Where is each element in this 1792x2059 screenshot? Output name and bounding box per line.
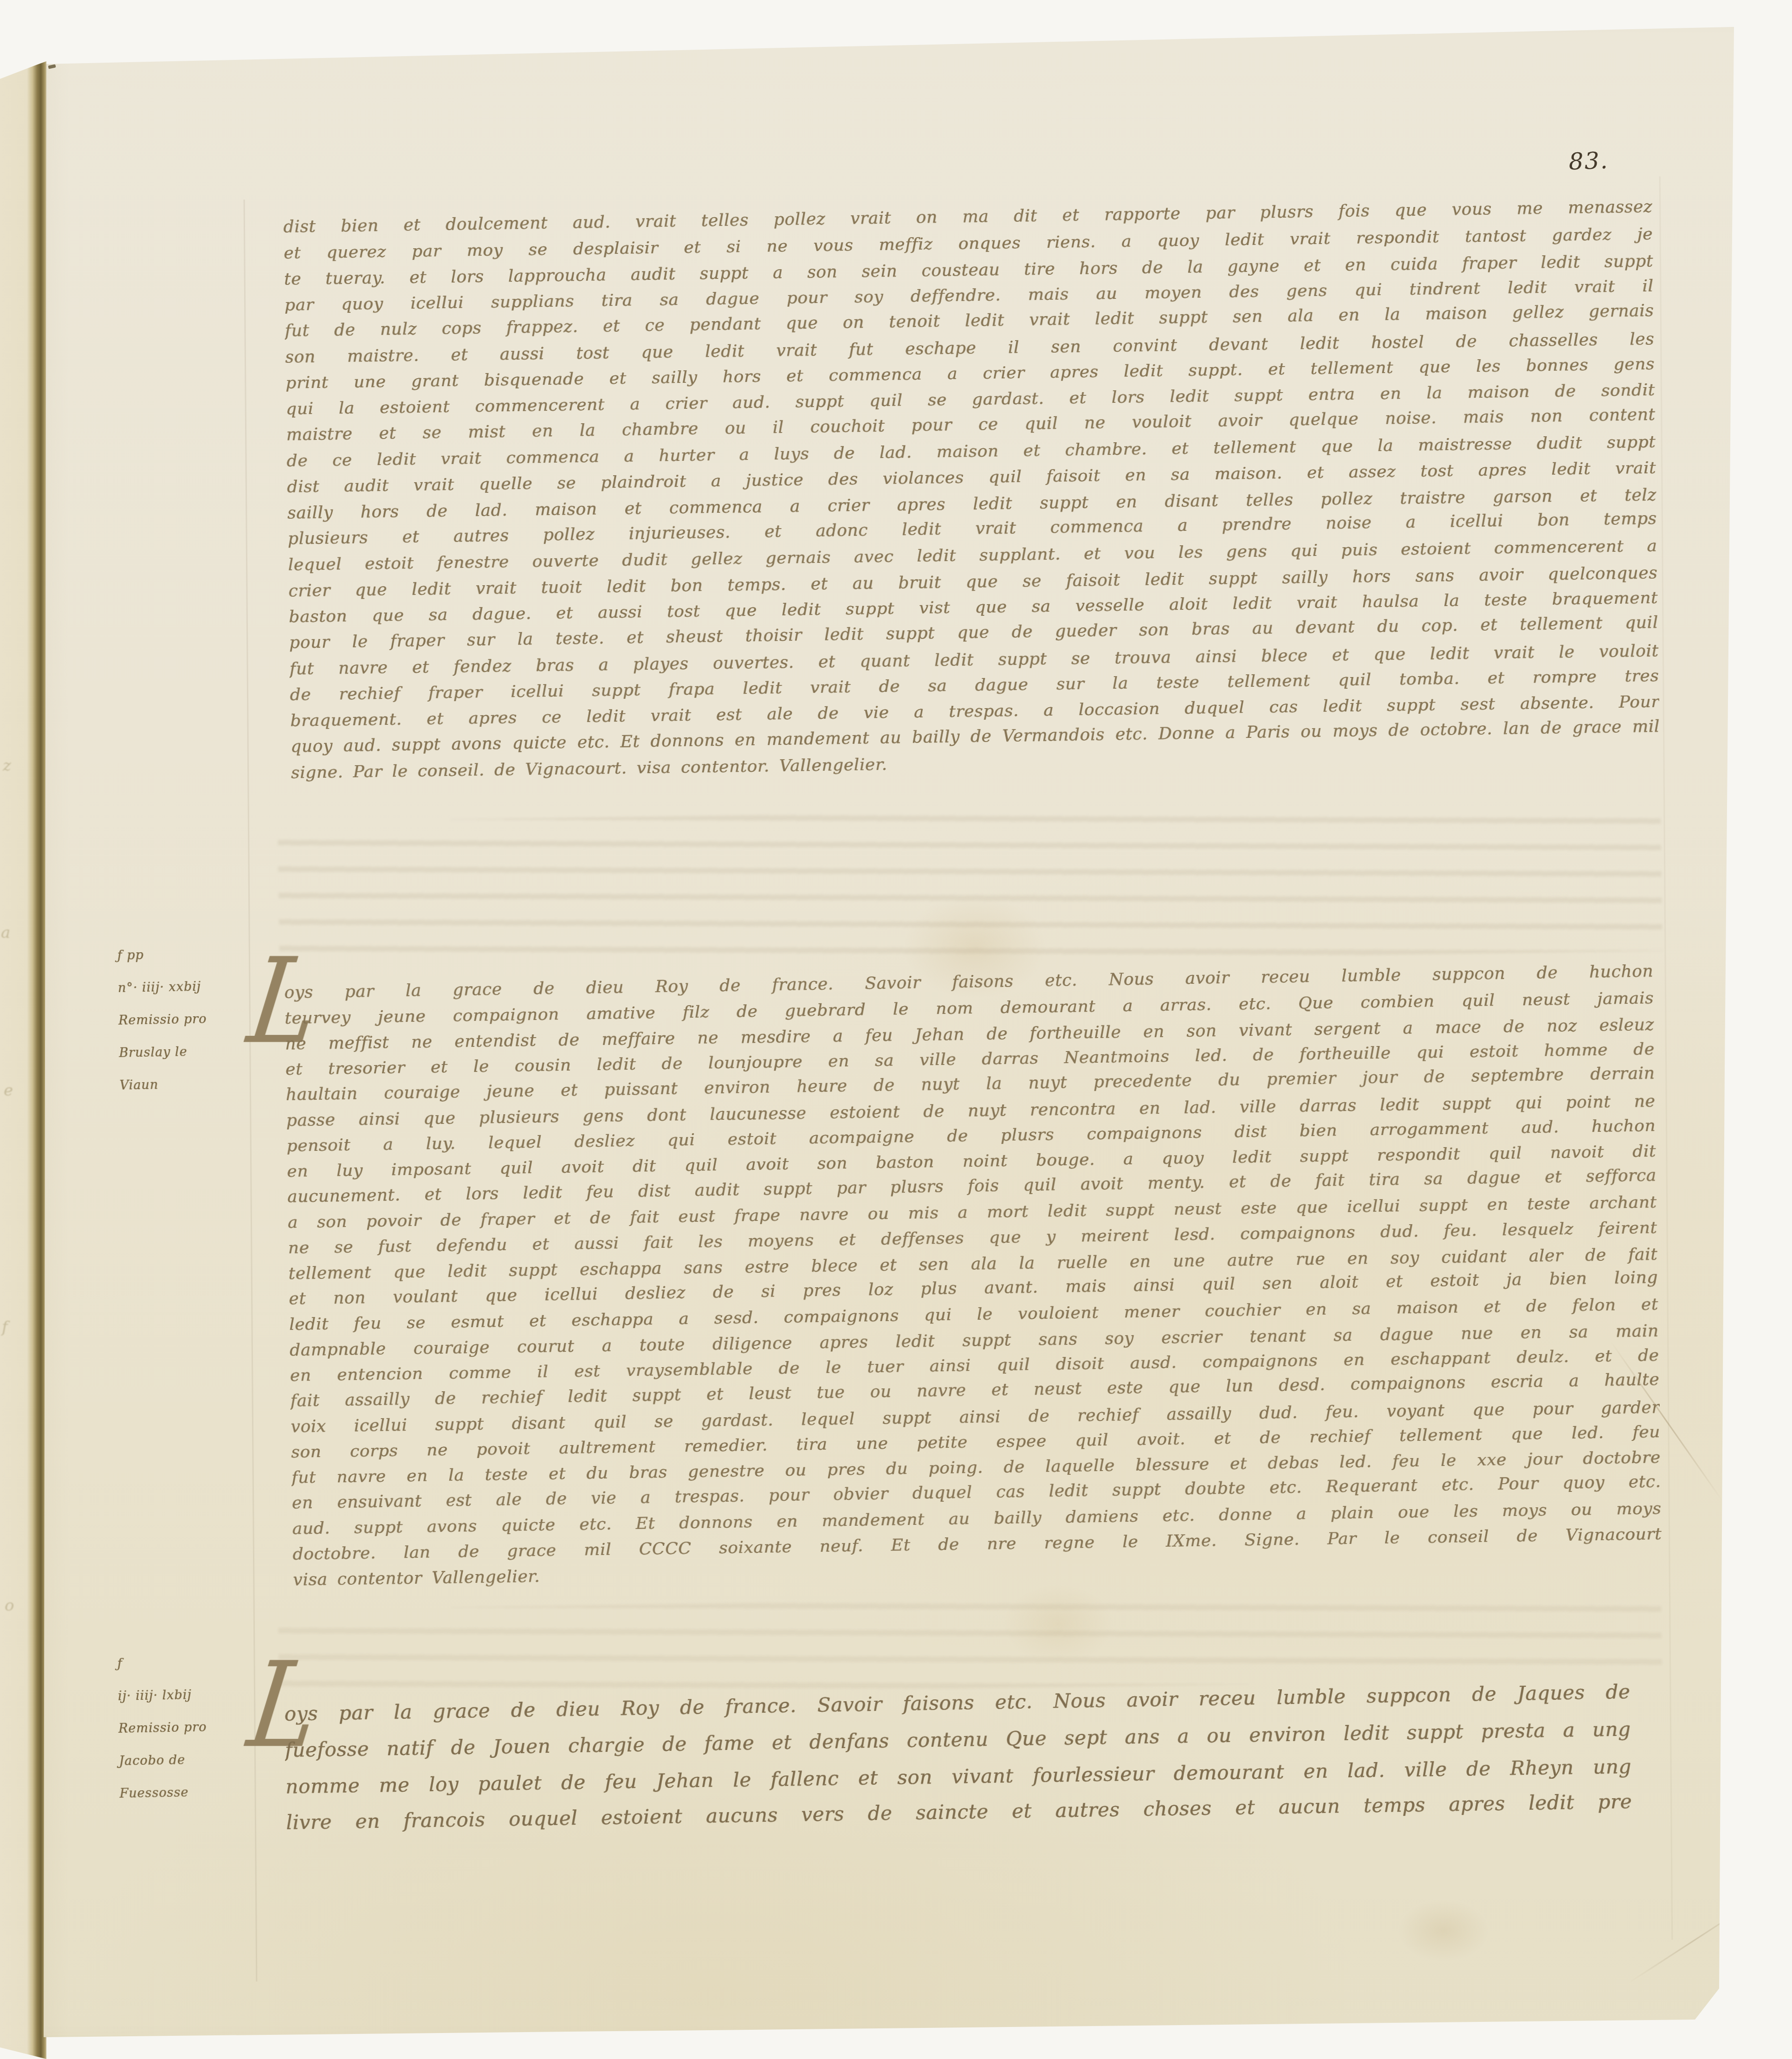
letter-block-3: oys par la grace de dieu Roy de france. … — [284, 1675, 1632, 1841]
letter-block-2: oys par la grace de dieu Roy de france. … — [284, 960, 1662, 1593]
scan-background: z a e f o 83. dist bien et doulcement au… — [0, 0, 1792, 2059]
margin-note-line: Viaun — [119, 1067, 273, 1102]
show-through-glyph: z — [3, 756, 11, 775]
margin-note-line: ƒ pp — [117, 937, 271, 972]
sewing-mark — [74, 54, 87, 60]
show-through-glyph: e — [4, 1081, 13, 1100]
top-edge-fiber — [297, 53, 422, 56]
previous-folio-edge: z a e f o — [0, 0, 46, 2059]
folio-number: 83. — [1568, 147, 1609, 175]
manuscript-page: 83. dist bien et doulcement aud. vrait t… — [0, 0, 1792, 2059]
show-through-glyph: f — [2, 1318, 8, 1336]
page-curl — [1628, 1897, 1761, 1984]
letter-block-1: dist bien et doulcement aud. vrait telle… — [283, 195, 1660, 786]
margin-note-line: n°· iiij· xxbij — [117, 969, 271, 1005]
show-through-glyph: o — [5, 1596, 14, 1615]
show-through-band — [278, 802, 1663, 970]
margin-note-line: ij· iiij· lxbij — [117, 1678, 271, 1713]
show-through-glyph: a — [1, 923, 10, 942]
sewing-mark — [48, 64, 56, 69]
margin-note-line: Fuessosse — [119, 1775, 273, 1810]
margin-note-line: ƒ — [117, 1645, 271, 1680]
